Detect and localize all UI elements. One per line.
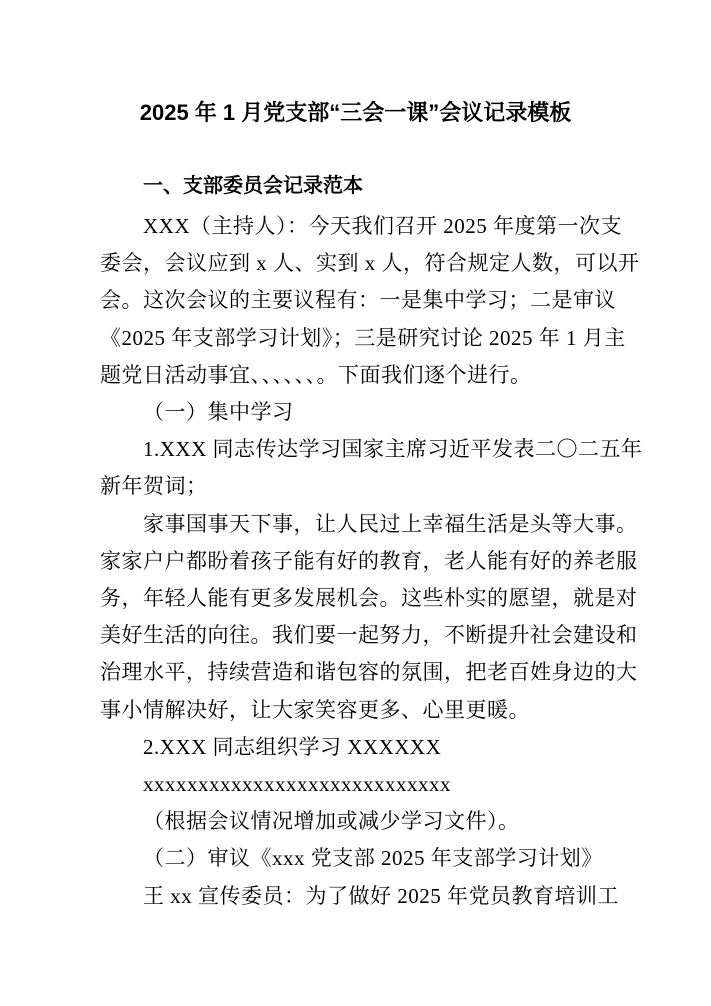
body-line: 1.XXX 同志传达学习国家主席习近平发表二〇二五年 (143, 436, 643, 463)
body-line: （根据会议情况增加或减少学习文件）。 (143, 808, 520, 835)
body-line: 会。这次会议的主要议程有：一是集中学习；二是审议 (100, 287, 616, 314)
body-line: 美好生活的向往。我们要一起努力，不断提升社会建设和 (100, 622, 638, 649)
body-line: 事小情解决好，让大家笑容更多、心里更暖。 (100, 697, 530, 724)
body-line: 家事国事天下事，让人民过上幸福生活是头等大事。 (143, 511, 638, 538)
subsection-heading: （二）审议《xxx 党支部 2025 年支部学习计划》 (143, 845, 603, 872)
body-line: 《2025 年支部学习计划》；三是研究讨论 2025 年 1 月主 (100, 325, 626, 352)
body-line: 家家户户都盼着孩子能有好的教育，老人能有好的养老服 (100, 548, 638, 575)
body-line: 2.XXX 同志组织学习 XXXXXX (143, 734, 441, 761)
document-title: 2025 年 1 月党支部“三会一课”会议记录模板 (0, 99, 711, 127)
body-line: 委会，会议应到 x 人、实到 x 人，符合规定人数，可以开 (100, 250, 640, 277)
section-heading: 一、支部委员会记录范本 (143, 173, 363, 199)
body-line: 王 xx 宣传委员：为了做好 2025 年党员教育培训工 (143, 883, 619, 910)
body-line: 题党日活动事宜、、、、、、。下面我们逐个进行。 (100, 362, 532, 389)
body-line: 新年贺词； (100, 473, 208, 500)
body-line: 务，年轻人能有更多发展机会。这些朴实的愿望，就是对 (100, 585, 638, 612)
body-line: xxxxxxxxxxxxxxxxxxxxxxxxxxxx (143, 771, 451, 798)
subsection-heading: （一）集中学习 (143, 399, 294, 426)
body-line: XXX（主持人）：今天我们召开 2025 年度第一次支 (143, 213, 622, 240)
document-page: 2025 年 1 月党支部“三会一课”会议记录模板 一、支部委员会记录范本 XX… (0, 0, 711, 1006)
body-line: 治理水平，持续营造和谐包容的氛围，把老百姓身边的大 (100, 659, 638, 686)
